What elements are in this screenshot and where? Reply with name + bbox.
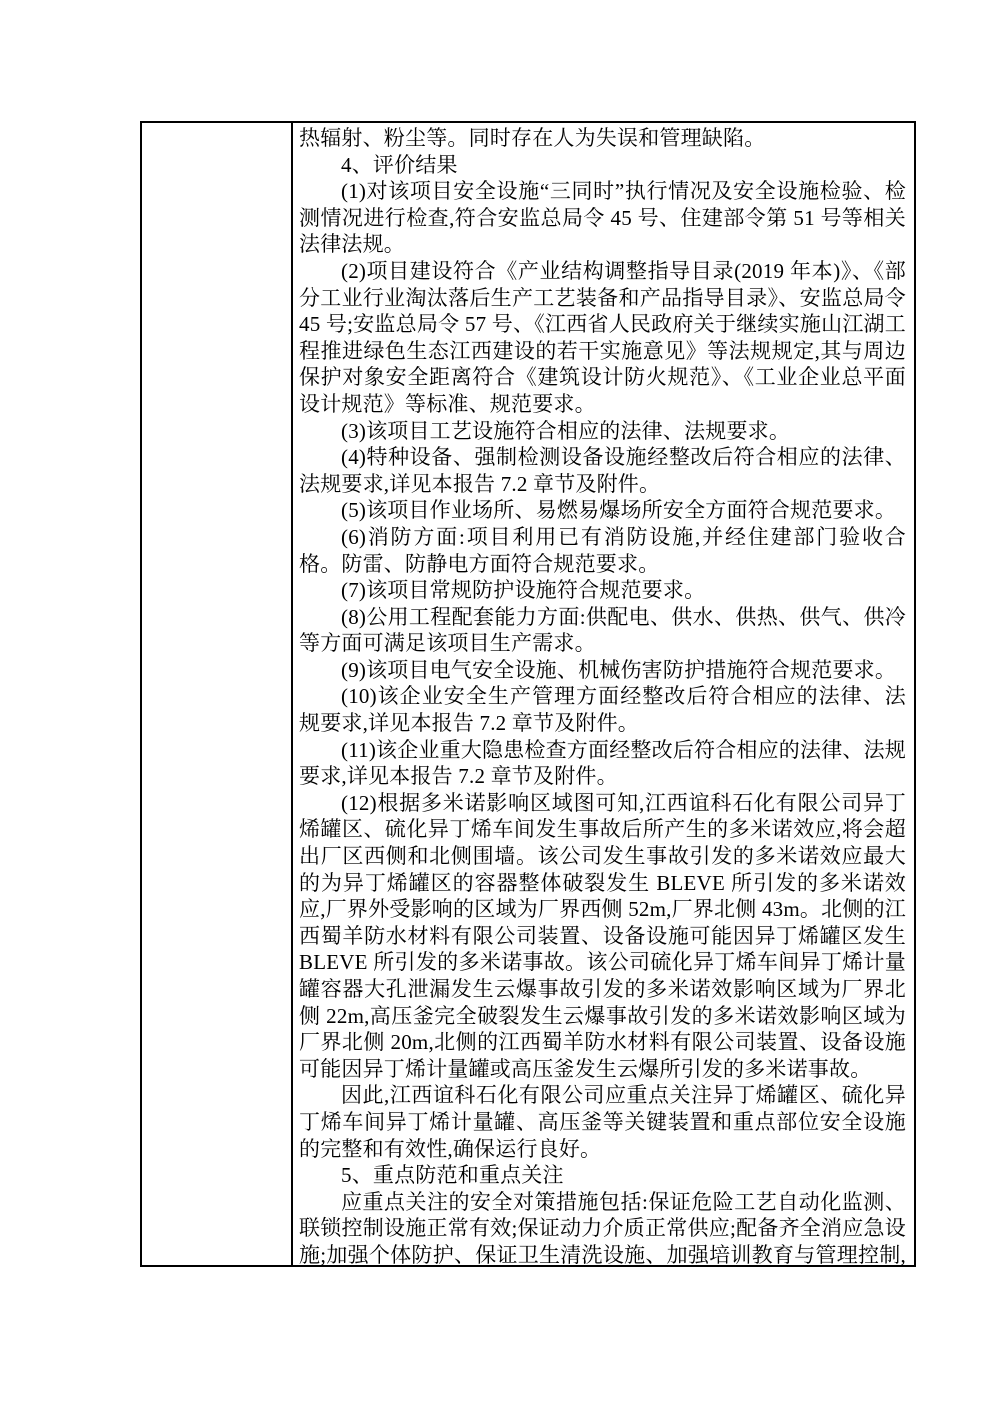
result-item-7: (7)该项目常规防护设施符合规范要求。 [299, 577, 906, 604]
result-item-9: (9)该项目电气安全设施、机械伤害防护措施符合规范要求。 [299, 657, 906, 684]
safety-evaluation-table: 热辐射、粉尘等。同时存在人为失误和管理缺陷。 4、评价结果 (1)对该项目安全设… [140, 121, 916, 1267]
result-item-6: (6)消防方面:项目利用已有消防设施,并经住建部门验收合格。防雷、防静电方面符合… [299, 524, 906, 577]
continuation-hazards-text: 热辐射、粉尘等。同时存在人为失误和管理缺陷。 [299, 125, 906, 152]
heading-evaluation-results: 4、评价结果 [299, 152, 906, 179]
result-item-2: (2)项目建设符合《产业结构调整指导目录(2019 年本)》、《部分工业行业淘汰… [299, 258, 906, 418]
result-item-4: (4)特种设备、强制检测设备设施经整改后符合相应的法律、法规要求,详见本报告 7… [299, 444, 906, 497]
result-item-1: (1)对该项目安全设施“三同时”执行情况及安全设施检验、检测情况进行检查,符合安… [299, 178, 906, 258]
heading-key-prevention: 5、重点防范和重点关注 [299, 1162, 906, 1189]
result-item-10: (10)该企业安全生产管理方面经整改后符合相应的法律、法规要求,详见本报告 7.… [299, 683, 906, 736]
result-item-12-domino-effect: (12)根据多米诺影响区域图可知,江西谊科石化有限公司异丁烯罐区、硫化异丁烯车间… [299, 790, 906, 1083]
result-item-3: (3)该项目工艺设施符合相应的法律、法规要求。 [299, 418, 906, 445]
table-content-cell: 热辐射、粉尘等。同时存在人为失误和管理缺陷。 4、评价结果 (1)对该项目安全设… [293, 123, 914, 1265]
domino-conclusion-text: 因此,江西谊科石化有限公司应重点关注异丁烯罐区、硫化异丁烯车间异丁烯计量罐、高压… [299, 1082, 906, 1162]
result-item-11: (11)该企业重大隐患检查方面经整改后符合相应的法律、法规要求,详见本报告 7.… [299, 737, 906, 790]
key-prevention-measures-text: 应重点关注的安全对策措施包括:保证危险工艺自动化监测、联锁控制设施正常有效;保证… [299, 1189, 906, 1265]
table-row-label-cell [142, 123, 293, 1265]
document-page: 热辐射、粉尘等。同时存在人为失误和管理缺陷。 4、评价结果 (1)对该项目安全设… [0, 0, 992, 1403]
result-item-8: (8)公用工程配套能力方面:供配电、供水、供热、供气、供冷等方面可满足该项目生产… [299, 604, 906, 657]
result-item-5: (5)该项目作业场所、易燃易爆场所安全方面符合规范要求。 [299, 497, 906, 524]
